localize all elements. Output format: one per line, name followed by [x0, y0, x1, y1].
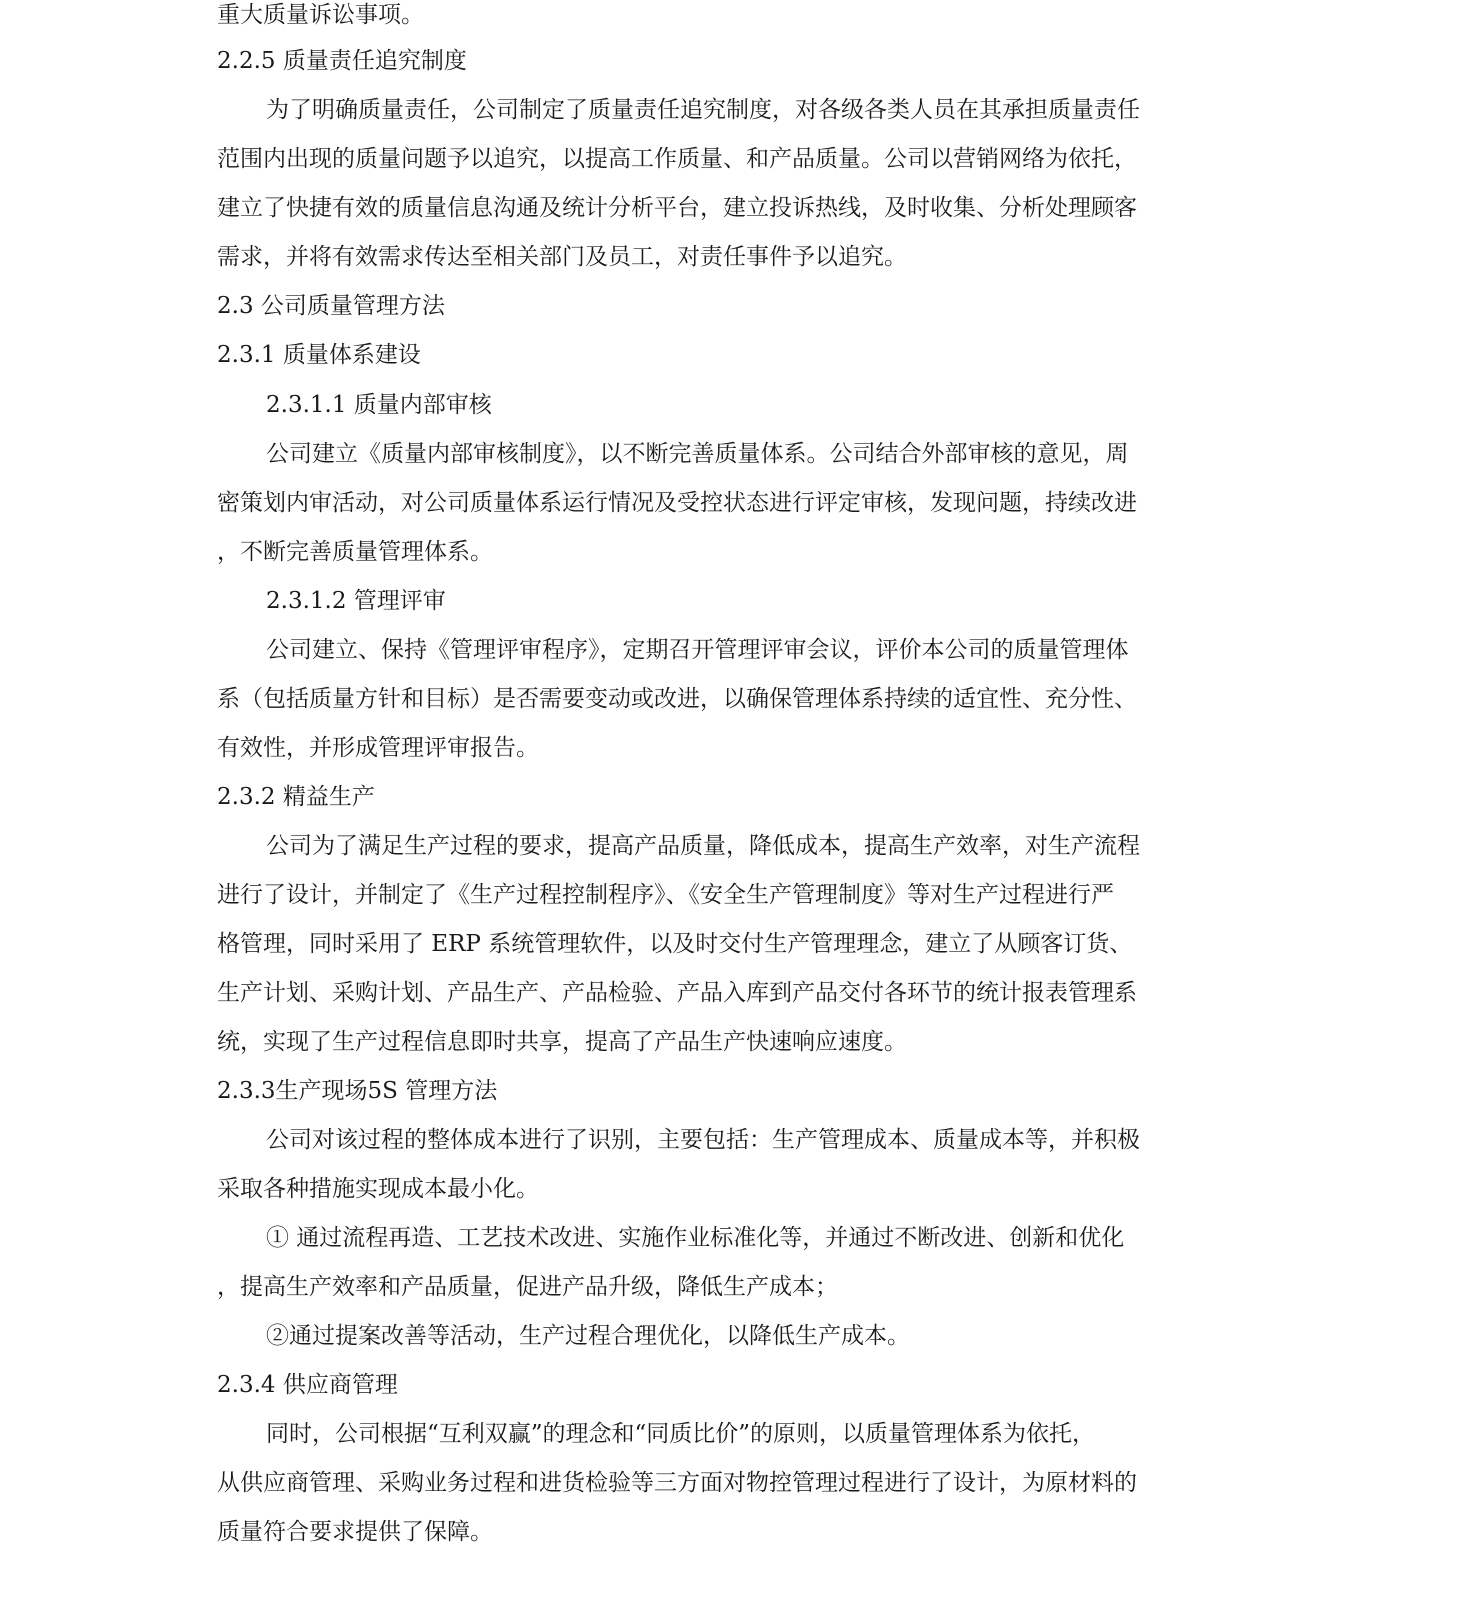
paragraph-line: 需求，并将有效需求传达至相关部门及员工，对责任事件予以追究。 — [217, 242, 907, 272]
paragraph-line: ，不断完善质量管理体系。 — [217, 537, 493, 567]
section-heading: 2.3.1.2 管理评审 — [266, 586, 446, 616]
paragraph-line: 公司建立《质量内部审核制度》，以不断完善质量体系。公司结合外部审核的意见，周 — [266, 439, 1129, 469]
paragraph-line: 质量符合要求提供了保障。 — [217, 1517, 493, 1547]
paragraph-line: 进行了设计，并制定了《生产过程控制程序》、《安全生产管理制度》等对生产过程进行严 — [217, 880, 1114, 910]
paragraph-line: 统，实现了生产过程信息即时共享，提高了产品生产快速响应速度。 — [217, 1027, 907, 1057]
paragraph-line: 公司对该过程的整体成本进行了识别，主要包括：生产管理成本、质量成本等，并积极 — [266, 1125, 1140, 1155]
section-heading: 2.3.1 质量体系建设 — [217, 340, 421, 370]
paragraph-line: 公司建立、保持《管理评审程序》，定期召开管理评审会议，评价本公司的质量管理体 — [266, 635, 1129, 665]
paragraph-line: 同时，公司根据“互利双赢”的理念和“同质比价”的原则，以质量管理体系为依托， — [266, 1419, 1095, 1449]
paragraph-line: 有效性，并形成管理评审报告。 — [217, 733, 539, 763]
paragraph-line: 为了明确质量责任，公司制定了质量责任追究制度，对各级各类人员在其承担质量责任 — [266, 95, 1140, 125]
section-heading: 2.2.5 质量责任追究制度 — [217, 46, 467, 76]
paragraph-line: 公司为了满足生产过程的要求，提高产品质量，降低成本，提高生产效率，对生产流程 — [266, 831, 1140, 861]
paragraph-line: 从供应商管理、采购业务过程和进货检验等三方面对物控管理过程进行了设计，为原材料的 — [217, 1468, 1137, 1498]
paragraph-line: ，提高生产效率和产品质量，促进产品升级，降低生产成本； — [217, 1272, 838, 1302]
paragraph-line: 重大质量诉讼事项。 — [217, 0, 424, 30]
section-heading: 2.3.3生产现场5S 管理方法 — [217, 1076, 497, 1106]
paragraph-line: 范围内出现的质量问题予以追究，以提高工作质量、和产品质量。公司以营销网络为依托， — [217, 144, 1137, 174]
section-heading: 2.3.2 精益生产 — [217, 782, 375, 812]
paragraph-line: 采取各种措施实现成本最小化。 — [217, 1174, 539, 1204]
paragraph-line: 系（包括质量方针和目标）是否需要变动或改进，以确保管理体系持续的适宜性、充分性、 — [217, 684, 1137, 714]
paragraph-line: ②通过提案改善等活动，生产过程合理优化，以降低生产成本。 — [266, 1321, 910, 1351]
paragraph-line: 建立了快捷有效的质量信息沟通及统计分析平台，建立投诉热线，及时收集、分析处理顾客 — [217, 193, 1137, 223]
paragraph-line: ① 通过流程再造、工艺技术改进、实施作业标准化等，并通过不断改进、创新和优化 — [266, 1223, 1124, 1253]
paragraph-line: 生产计划、采购计划、产品生产、产品检验、产品入库到产品交付各环节的统计报表管理系 — [217, 978, 1137, 1008]
section-heading: 2.3.4 供应商管理 — [217, 1370, 398, 1400]
section-heading: 2.3 公司质量管理方法 — [217, 291, 445, 321]
paragraph-line: 格管理，同时采用了 ERP 系统管理软件，以及时交付生产管理理念，建立了从顾客订… — [217, 929, 1132, 959]
section-heading: 2.3.1.1 质量内部审核 — [266, 390, 492, 420]
paragraph-line: 密策划内审活动，对公司质量体系运行情况及受控状态进行评定审核，发现问题，持续改进 — [217, 488, 1137, 518]
